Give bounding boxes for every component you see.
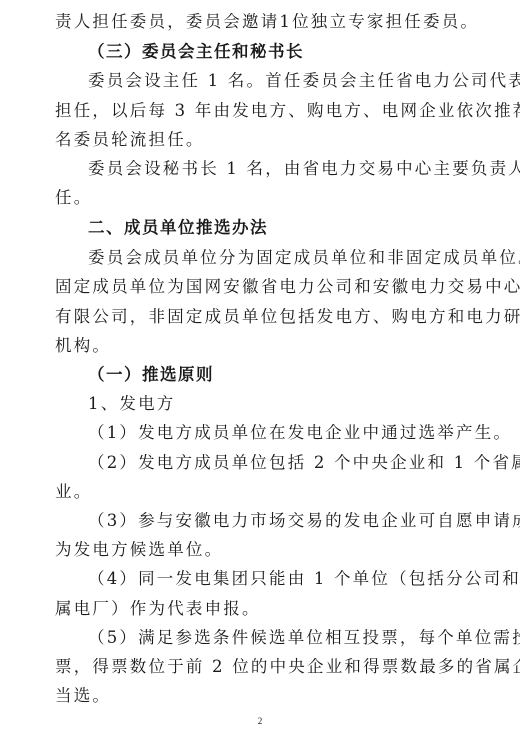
list-item-2: （2）发电方成员单位包括 2 个中央企业和 1 个省属企: [88, 452, 471, 474]
subsection-heading-principles: （一）推选原则: [88, 364, 214, 386]
paragraph-line: 机构。: [55, 335, 111, 357]
list-item-3: （3）参与安徽电力市场交易的发电企业可自愿申请成: [88, 510, 471, 532]
paragraph-line: 责人担任委员，委员会邀请1位独立专家担任委员。: [55, 11, 479, 33]
list-item-5: （5）满足参选条件候选单位相互投票，每个单位需投 3: [88, 627, 471, 649]
paragraph-line: 当选。: [55, 685, 111, 707]
list-item-1: （1）发电方成员单位在发电企业中通过选举产生。: [88, 422, 512, 444]
paragraph-line: 委员会成员单位分为固定成员单位和非固定成员单位。: [88, 247, 471, 269]
paragraph-line: 担任，以后每 3 年由发电方、购电方、电网企业依次推荐 1: [55, 100, 471, 122]
section-heading-member-selection: 二、成员单位推选办法: [88, 217, 268, 239]
list-item-4: （4）同一发电集团只能由 1 个单位（包括分公司和下: [88, 568, 471, 590]
paragraph-line: 为发电方候选单位。: [55, 539, 223, 561]
paragraph-line: 有限公司，非固定成员单位包括发电方、购电方和电力研究: [55, 306, 471, 328]
paragraph-line: 任。: [55, 187, 92, 209]
paragraph-line: 委员会设主任 1 名。首任委员会主任省电力公司代表: [88, 70, 471, 92]
paragraph-line: 属电厂）作为代表申报。: [55, 598, 261, 620]
paragraph-line: 固定成员单位为国网安徽省电力公司和安徽电力交易中心: [55, 276, 471, 298]
page-number: 2: [0, 716, 520, 726]
item-heading-generator: 1、发电方: [88, 393, 176, 415]
section-heading-committee-director: （三）委员会主任和秘书长: [88, 41, 304, 63]
paragraph-line: 票，得票数位于前 2 位的中央企业和得票数最多的省属企业: [55, 656, 471, 678]
paragraph-line: 业。: [55, 481, 92, 503]
paragraph-line: 委员会设秘书长 1 名，由省电力交易中心主要负责人担: [88, 158, 471, 180]
paragraph-line: 名委员轮流担任。: [55, 129, 205, 151]
document-page: 责人担任委员，委员会邀请1位独立专家担任委员。 （三）委员会主任和秘书长 委员会…: [0, 0, 520, 741]
